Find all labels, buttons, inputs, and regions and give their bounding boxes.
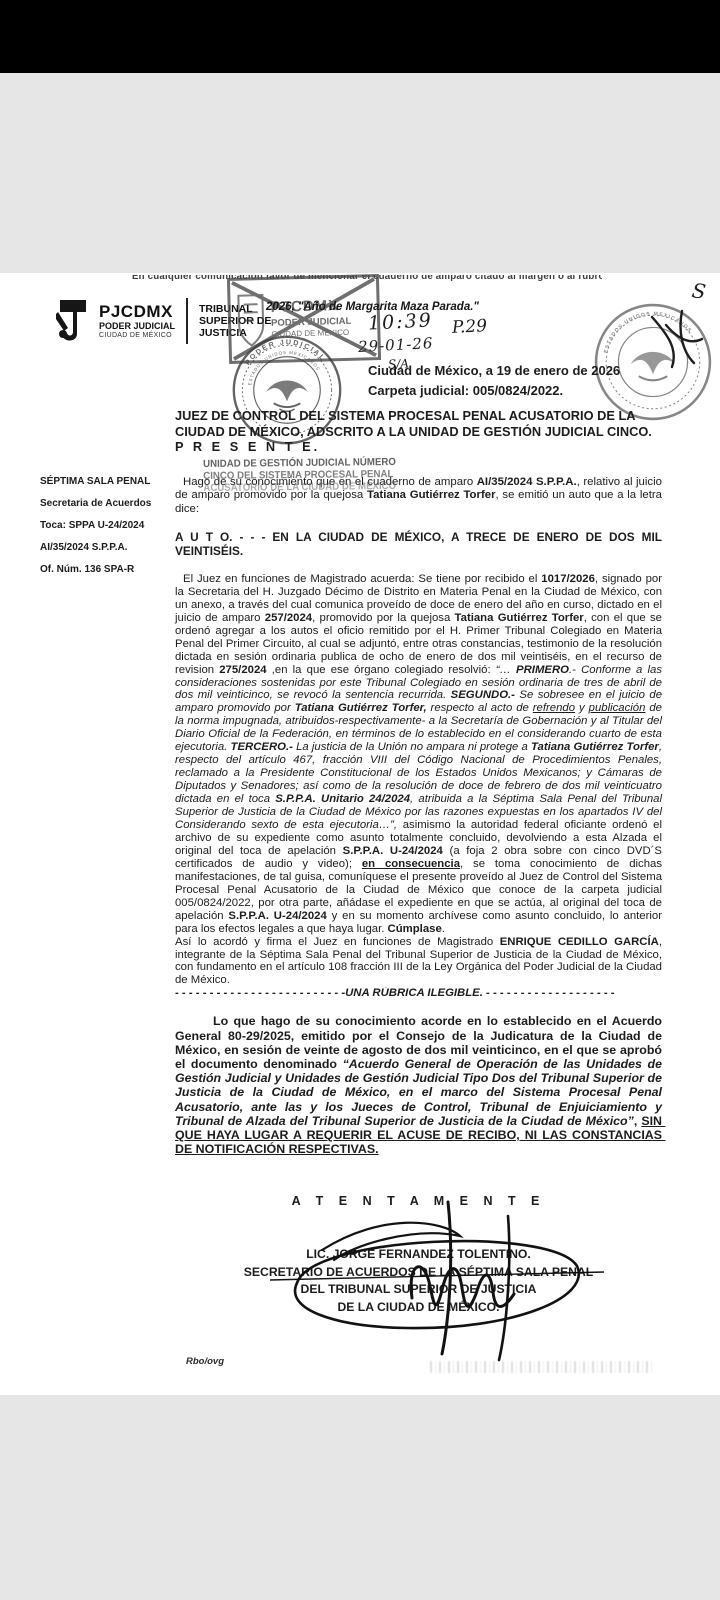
typist-initials: Rbo/ovg [186, 1356, 224, 1367]
margin-item-toca: Toca: SPPA U-24/2024 [40, 521, 180, 532]
signer-title-2: DEL TRIBUNAL SUPERIOR DE JUSTICIA [175, 1281, 662, 1299]
addressee-line-3: P R E S E N T E. [175, 439, 662, 455]
body-paragraph-2: Así lo acordó y firma el Juez en funcion… [175, 936, 662, 988]
addressee-block: JUEZ DE CONTROL DEL SISTEMA PROCESAL PEN… [175, 408, 662, 455]
top-black-bar [0, 0, 720, 73]
auto-heading: A U T O. - - - EN LA CIUDAD DE MÉXICO, A… [175, 530, 662, 559]
handwritten-page-mark: P.29 [452, 316, 488, 338]
faded-stamp-remnant [430, 1361, 652, 1373]
case-number-line: Carpeta judicial: 005/0824/2022. [368, 383, 563, 398]
pen-scribble-icon [638, 305, 710, 375]
rubric-line: - - - - - - - - - - - - - - - - - - - - … [175, 987, 662, 1000]
phone-screen: En cualquier comunicación favor de menci… [0, 0, 720, 1600]
margin-item-oficio: Of. Núm. 136 SPA-R [40, 565, 180, 576]
document-page: En cualquier comunicación favor de menci… [0, 273, 720, 1395]
closing-paragraph: Lo que hago de su conocimiento acorde en… [175, 1014, 662, 1156]
margin-reference: SÉPTIMA SALA PENAL Secretaria de Acuerdo… [40, 477, 180, 587]
letterhead-left-text: PJCDMX PODER JUDICIAL CIUDAD DE MÉXICO [99, 303, 175, 339]
year-legend: 2026, "Año de Margarita Maza Parada." [266, 301, 479, 313]
signer-title-3: DE LA CIUDAD DE MÉXICO. [175, 1299, 662, 1317]
letterhead-brand: PJCDMX [99, 303, 175, 320]
addressee-line-1: JUEZ DE CONTROL DEL SISTEMA PROCESAL PEN… [175, 408, 662, 424]
ugj-stamp-line3: ACUSATORIO DE LA CIUDAD DE MÉXICO [203, 480, 448, 495]
letterhead-sub1: PODER JUDICIAL [99, 322, 175, 331]
letterhead-divider [186, 298, 188, 344]
margin-item-sala: SÉPTIMA SALA PENAL [40, 477, 180, 488]
letterhead-sub2: CIUDAD DE MÉXICO [99, 332, 175, 339]
margin-item-secretaria: Secretaria de Acuerdos [40, 499, 180, 510]
atentamente-heading: A T E N T A M E N T E [175, 1194, 662, 1208]
signer-block: LIC. JORGE FERNANDEZ TOLENTINO. SECRETAR… [175, 1246, 662, 1316]
document-body: Hago de su conocimiento que en el cuader… [175, 476, 662, 1316]
signer-title-1: SECRETARIO DE ACUERDOS DE LA SÉPTIMA SAL… [175, 1264, 662, 1282]
margin-item-amparo: AI/35/2024 S.P.P.A. [40, 543, 180, 554]
city-date-line: Ciudad de México, a 19 de enero de 2026 [368, 363, 620, 378]
body-paragraph-1: El Juez en funciones de Magistrado acuer… [175, 573, 662, 936]
handwritten-time: 10:39 [367, 309, 433, 334]
addressee-line-2: CIUDAD DE MÉXICO, ADSCRITO A LA UNIDAD D… [175, 424, 662, 440]
handwritten-date: 29-01-26 [358, 334, 434, 356]
pjcdmx-emblem-icon [56, 298, 92, 344]
ugj-stamp: UNIDAD DE GESTIÓN JUDICIAL NÚMERO CINCO … [203, 456, 448, 495]
signer-name: LIC. JORGE FERNANDEZ TOLENTINO. [175, 1246, 662, 1264]
